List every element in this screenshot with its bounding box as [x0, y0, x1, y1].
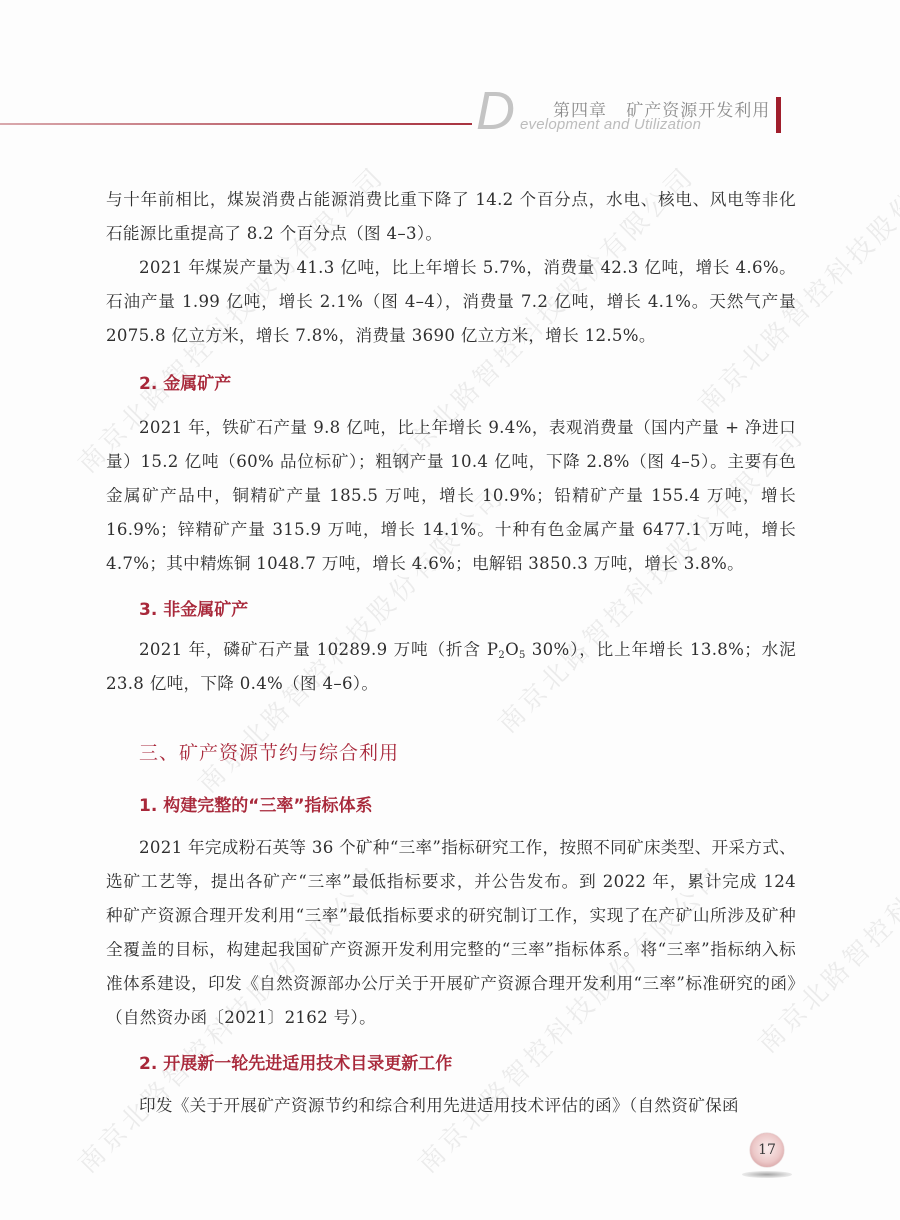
- paragraph: 2021 年，磷矿石产量 10289.9 万吨（折含 P2O5 30%），比上年…: [106, 633, 796, 701]
- header-accent-bar: [776, 97, 781, 133]
- header-rule: [0, 123, 472, 125]
- paragraph: 2021 年完成粉石英等 36 个矿种“三率”指标研究工作，按照不同矿床类型、开…: [106, 831, 796, 1035]
- subheading-nonmetal-minerals: 3. 非金属矿产: [106, 593, 796, 627]
- section-heading: 三、矿产资源节约与综合利用: [106, 735, 796, 771]
- subheading-sanlv-system: 1. 构建完整的“三率”指标体系: [106, 789, 796, 823]
- header-initial-letter: D: [476, 84, 515, 138]
- page-number-shadow: [742, 1171, 792, 1178]
- page-number-badge: 17: [750, 1133, 784, 1167]
- paragraph: 与十年前相比，煤炭消费占能源消费比重下降了 14.2 个百分点，水电、核电、风电…: [106, 183, 796, 251]
- chapter-title: 第四章 矿产资源开发利用: [553, 96, 770, 121]
- paragraph: 印发《关于开展矿产资源节约和综合利用先进适用技术评估的函》（自然资矿保函: [106, 1089, 796, 1123]
- subheading-metal-minerals: 2. 金属矿产: [106, 367, 796, 401]
- subheading-tech-catalog: 2. 开展新一轮先进适用技术目录更新工作: [106, 1047, 796, 1081]
- paragraph: 2021 年煤炭产量为 41.3 亿吨，比上年增长 5.7%，消费量 42.3 …: [106, 251, 796, 353]
- page-number: 17: [758, 1142, 776, 1158]
- paragraph: 2021 年，铁矿石产量 9.8 亿吨，比上年增长 9.4%，表观消费量（国内产…: [106, 411, 796, 581]
- page-content: 与十年前相比，煤炭消费占能源消费比重下降了 14.2 个百分点，水电、核电、风电…: [106, 183, 796, 1123]
- document-page: 南京北路智控科技股份有限公司 南京北路智控科技股份有限公司 南京北路智控科技股份…: [0, 0, 900, 1220]
